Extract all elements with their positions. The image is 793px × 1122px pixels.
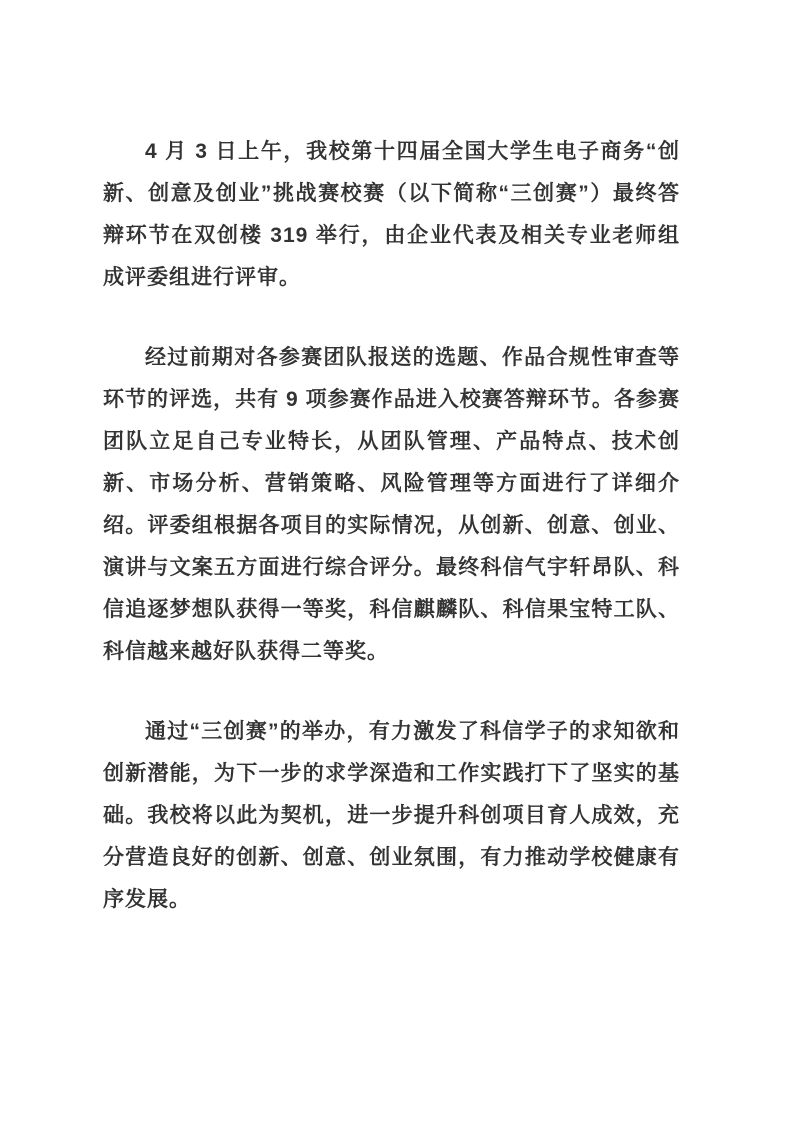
paragraph-competition-results: 经过前期对各参赛团队报送的选题、作品合规性审查等环节的评选，共有 9 项参赛作品… [103, 337, 680, 673]
document-page: 4 月 3 日上午，我校第十四届全国大学生电子商务“创新、创意及创业”挑战赛校赛… [0, 0, 793, 1122]
paragraph-conclusion: 通过“三创赛”的举办，有力激发了科信学子的求知欲和创新潜能，为下一步的求学深造和… [103, 711, 680, 921]
document-body: 4 月 3 日上午，我校第十四届全国大学生电子商务“创新、创意及创业”挑战赛校赛… [103, 131, 680, 959]
paragraph-intro: 4 月 3 日上午，我校第十四届全国大学生电子商务“创新、创意及创业”挑战赛校赛… [103, 131, 680, 299]
